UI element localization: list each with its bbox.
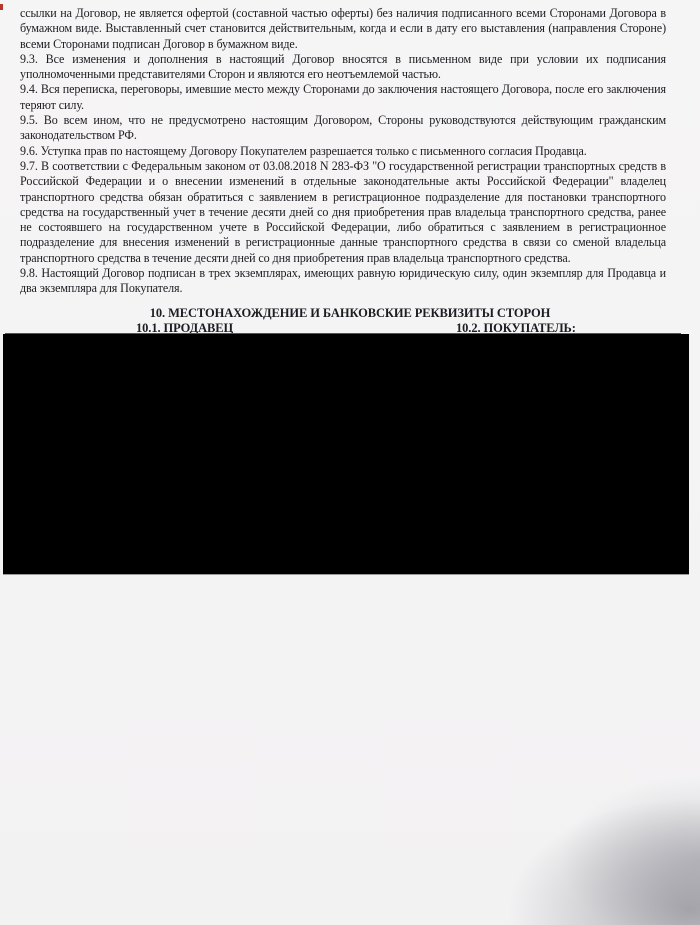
scanned-page: ссылки на Договор, не является офертой (… xyxy=(0,0,700,925)
paragraph-9-5: 9.5. Во всем ином, что не предусмотрено … xyxy=(20,113,666,144)
paragraph-9-8: 9.8. Настоящий Договор подписан в трех э… xyxy=(20,266,666,297)
paragraph-9-7: 9.7. В соответствии с Федеральным законо… xyxy=(20,159,666,266)
contract-text: ссылки на Договор, не является офертой (… xyxy=(20,6,666,297)
paragraph-9-2-continuation: ссылки на Договор, не является офертой (… xyxy=(20,6,666,52)
section-10-title: 10. МЕСТОНАХОЖДЕНИЕ И БАНКОВСКИЕ РЕКВИЗИ… xyxy=(0,306,700,321)
redacted-requisites-block xyxy=(3,334,689,574)
paragraph-9-3: 9.3. Все изменения и дополнения в настоя… xyxy=(20,52,666,83)
scan-edge-mark xyxy=(0,4,3,10)
paragraph-9-6: 9.6. Уступка прав по настоящему Договору… xyxy=(20,144,666,159)
paragraph-9-4: 9.4. Вся переписка, переговоры, имевшие … xyxy=(20,82,666,113)
